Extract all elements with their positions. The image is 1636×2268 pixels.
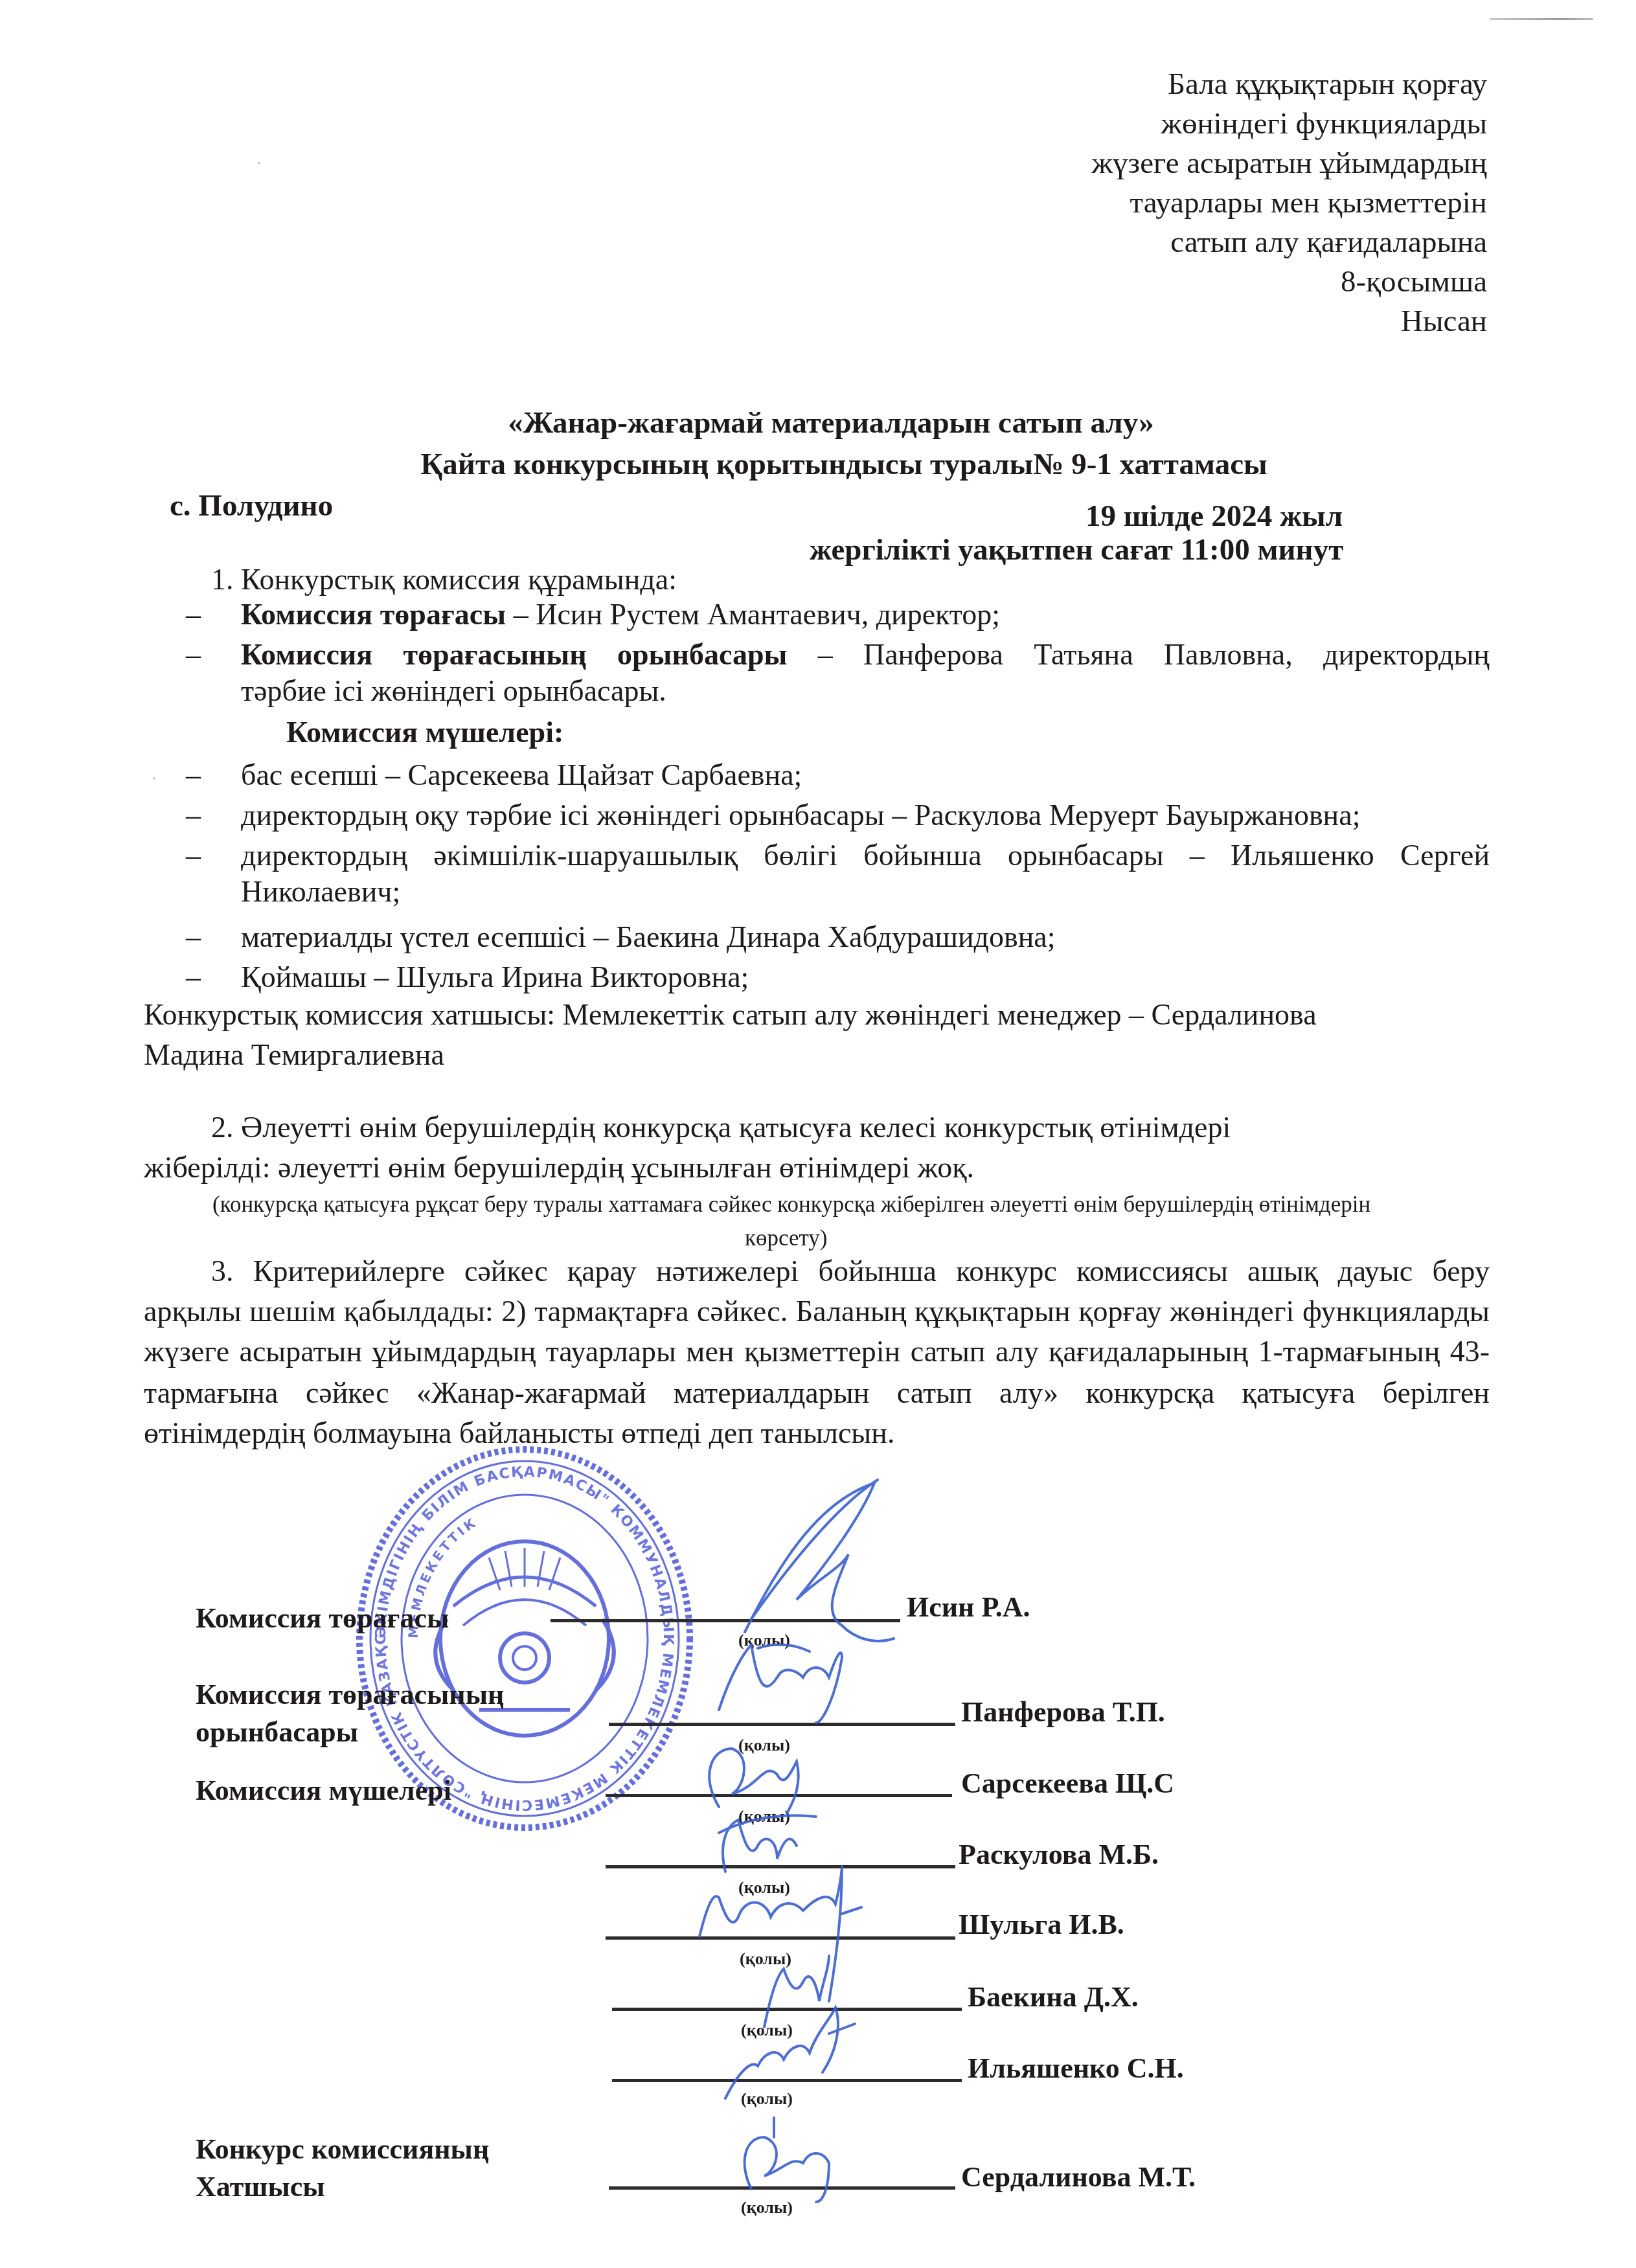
- section3-text: 3. Критерийлерге сәйкес қарау нәтижелері…: [211, 1254, 1490, 1288]
- signatory-name: Баекина Д.Х.: [968, 1980, 1139, 2013]
- signature-line: [609, 2186, 955, 2190]
- signatory-name: Шульга И.В.: [959, 1908, 1124, 1941]
- document-subtitle: Қайта конкурсының қорытындысы туралы№ 9-…: [52, 447, 1636, 482]
- signature-sarsekeeva: [709, 1749, 799, 1813]
- member-entry: материалды үстел есепшісі – Баекина Дина…: [241, 920, 1056, 954]
- signature-line: [609, 1723, 955, 1726]
- signatory-name: Исин Р.А.: [907, 1591, 1030, 1624]
- annex-line: сатып алу қағидаларына: [904, 223, 1487, 262]
- section2-note-continued: көрсету): [745, 1225, 828, 1251]
- list-dash: –: [186, 798, 201, 832]
- member-entry: Қоймашы – Шульга Ирина Викторовна;: [241, 960, 749, 994]
- signature-raskulova: [723, 1820, 797, 1872]
- signature-serdalinova: [745, 2137, 829, 2202]
- signature-line: [606, 1936, 955, 1940]
- scan-speck: [258, 162, 260, 164]
- section3-text: өтінімдердің болмауына байланысты өтпеді…: [144, 1416, 894, 1450]
- secretary-entry-continued: Мадина Темиргалиевна: [144, 1038, 444, 1072]
- scan-speck: [153, 777, 155, 780]
- signatory-name: Сердалинова М.Т.: [961, 2160, 1196, 2194]
- list-dash: –: [186, 838, 201, 872]
- signatory-role-line: Конкурс комиссияның: [196, 2131, 489, 2168]
- signature-panferova: [719, 1645, 842, 1723]
- signature-caption: (қолы): [738, 1878, 790, 1898]
- signature-caption: (қолы): [741, 2198, 793, 2217]
- section2-note: (конкурсқа қатысуға рұқсат беру туралы х…: [212, 1192, 1370, 1218]
- list-dash: –: [186, 960, 201, 994]
- member-entry: директордың әкімшілік-шаруашылық бөлігі …: [241, 838, 1490, 872]
- list-dash: –: [186, 597, 201, 631]
- section2-text-continued: жіберілді: әлеуетті өнім берушілердің ұс…: [144, 1150, 974, 1185]
- section1-heading: 1. Конкурстық комиссия құрамында:: [211, 562, 677, 596]
- signatory-role-chair: Комиссия төрағасы: [196, 1600, 449, 1637]
- section2-text: 2. Әлеуетті өнім берушілердің конкурсқа …: [211, 1110, 1231, 1144]
- signatory-role-secretary: Конкурс комиссияның Хатшысы: [196, 2131, 489, 2206]
- signatory-role-line: Хатшысы: [196, 2168, 489, 2206]
- scan-artifact-line: [1490, 18, 1593, 20]
- section3-text: жүзеге асыратын ұйымдардың тауарлары мен…: [144, 1334, 1490, 1368]
- signatory-name: Сарсекеева Щ.С: [961, 1767, 1174, 1800]
- signatory-role-line: орынбасары: [196, 1714, 504, 1751]
- annex-line: тауарлары мен қызметтерін: [904, 183, 1487, 223]
- annex-number: 8-қосымша: [904, 262, 1487, 302]
- signatory-name: Ильяшенко С.Н.: [968, 2052, 1184, 2085]
- deputy-entry-continued: тәрбие ісі жөніндегі орынбасары.: [241, 674, 666, 708]
- member-entry: бас есепші – Сарсекеева Щайзат Сарбаевна…: [241, 758, 802, 792]
- signature-caption: (қолы): [738, 1807, 790, 1826]
- date: 19 шілде 2024 жыл: [1085, 499, 1343, 534]
- place: с. Полудино: [170, 488, 333, 523]
- signatory-role-line: Комиссия төрағасының: [196, 1676, 504, 1714]
- signature-isin: [745, 1483, 894, 1641]
- deputy-role: Комиссия төрағасының орынбасары: [241, 638, 787, 671]
- signatory-name: Панферова Т.П.: [961, 1695, 1165, 1729]
- member-entry-continued: Николаевич;: [241, 874, 400, 909]
- member-entry: директордың оқу тәрбие ісі жөніндегі оры…: [241, 798, 1360, 832]
- deputy-entry: Комиссия төрағасының орынбасары – Панфер…: [241, 637, 1490, 672]
- annex-line: жүзеге асыратын ұйымдардың: [904, 144, 1487, 183]
- signature-caption: (қолы): [740, 1949, 791, 1969]
- form-label: Нысан: [904, 302, 1487, 341]
- document-title: «Жанар-жағармай материалдарын сатып алу»: [26, 405, 1636, 440]
- secretary-entry: Конкурстық комиссия хатшысы: Мемлекеттік…: [144, 997, 1317, 1032]
- signature-caption: (қолы): [738, 1631, 790, 1650]
- list-dash: –: [186, 920, 201, 954]
- local-time: жергілікті уақытпен сағат 11:00 минут: [810, 532, 1343, 567]
- deputy-name: – Панферова Татьяна Павловна, директорды…: [787, 638, 1490, 671]
- signature-line: [606, 1794, 952, 1797]
- signature-line: [612, 2079, 962, 2082]
- section3-text: тармағына сәйкес «Жанар-жағармай материа…: [144, 1376, 1490, 1410]
- annex-header: Бала құқықтарын қорғау жөніндегі функция…: [904, 65, 1487, 341]
- signature-caption: (қолы): [738, 1736, 790, 1755]
- section3-text: арқылы шешім қабылдады: 2) тармақтарға с…: [144, 1294, 1490, 1328]
- chair-name: – Исин Рустем Амантаевич, директор;: [506, 598, 1000, 631]
- chair-role: Комиссия төрағасы: [241, 598, 506, 631]
- document-page: Бала құқықтарын қорғау жөніндегі функция…: [0, 0, 1636, 2268]
- list-dash: –: [186, 758, 201, 792]
- signatory-role-members: Комиссия мүшелері: [196, 1772, 451, 1809]
- signature-line: [551, 1619, 900, 1622]
- members-heading: Комиссия мүшелері:: [286, 715, 563, 749]
- annex-line: жөніндегі функцияларды: [904, 104, 1487, 144]
- signature-caption: (қолы): [741, 2089, 793, 2109]
- signature-caption: (қолы): [741, 2021, 793, 2040]
- signature-line: [606, 1865, 955, 1868]
- signatory-name: Раскулова М.Б.: [959, 1838, 1159, 1871]
- signatory-role-deputy: Комиссия төрағасының орынбасары: [196, 1676, 504, 1751]
- chair-entry: Комиссия төрағасы – Исин Рустем Амантаев…: [241, 597, 1000, 631]
- signature-line: [612, 2008, 962, 2011]
- annex-line: Бала құқықтарын қорғау: [904, 65, 1487, 104]
- list-dash: –: [186, 637, 201, 672]
